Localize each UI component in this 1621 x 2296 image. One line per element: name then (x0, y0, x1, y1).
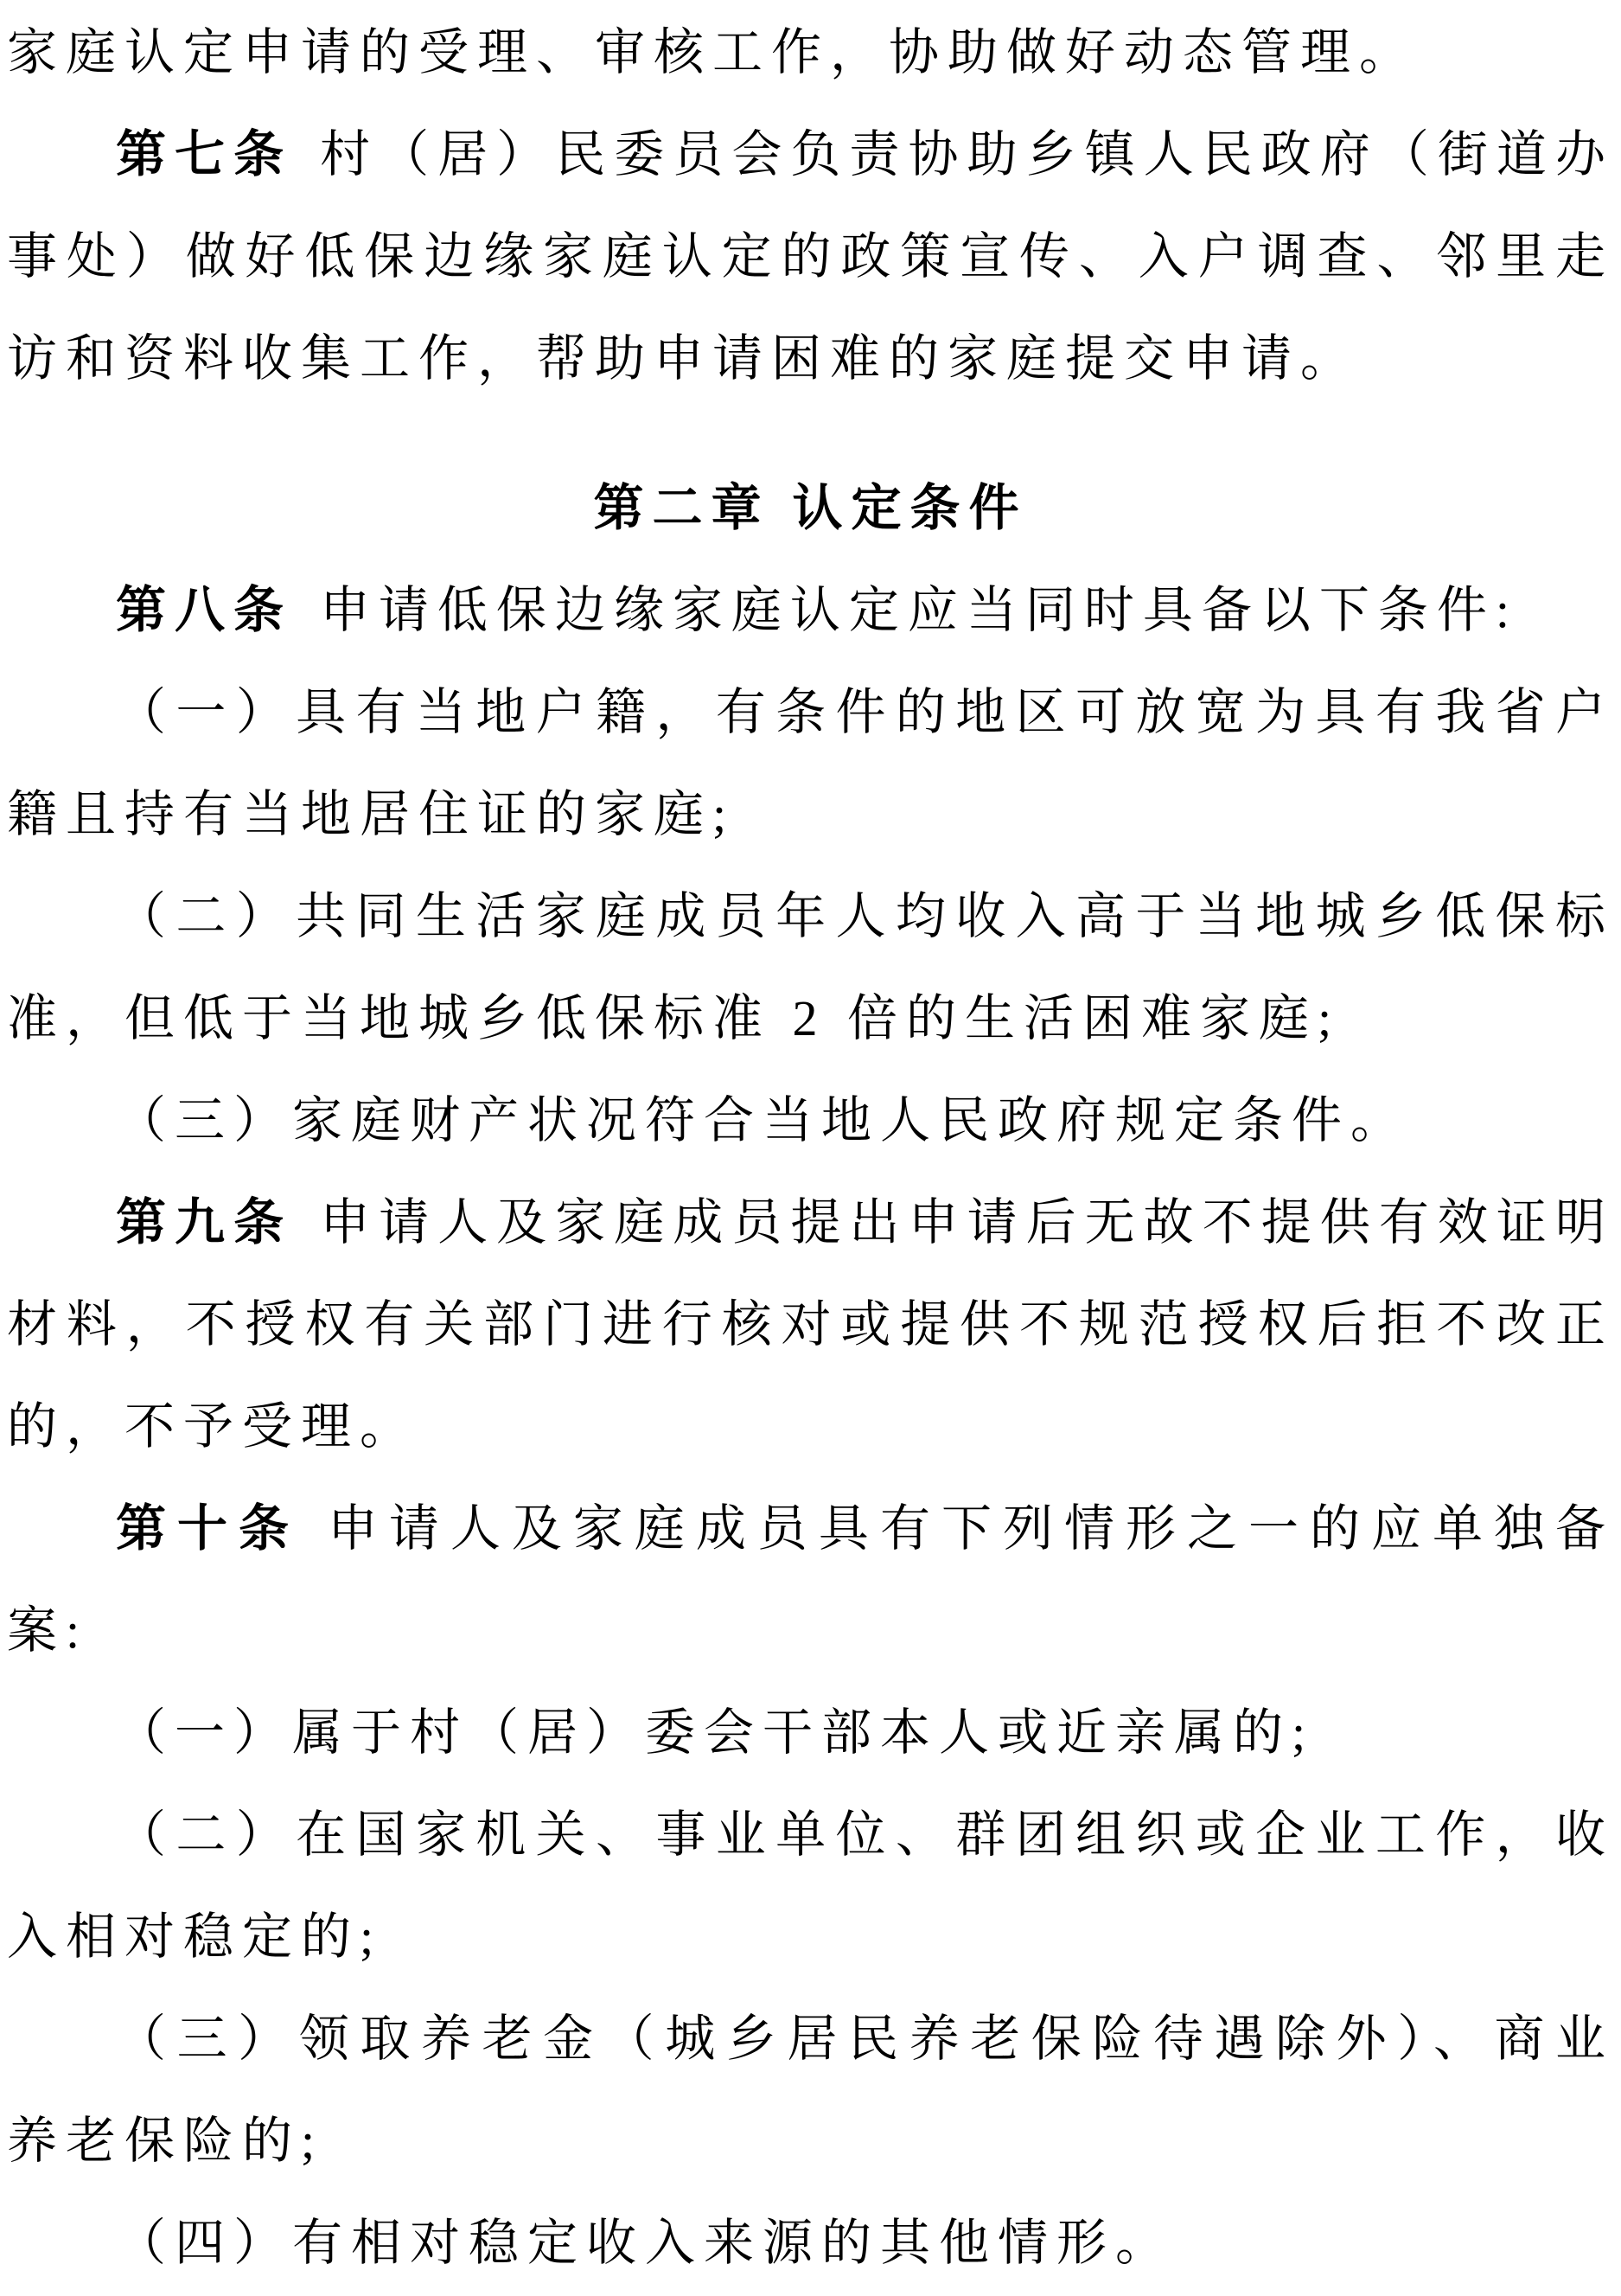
continuation-paragraph: 家庭认定申请的受理、审核工作，协助做好动态管理。 (7, 2, 1614, 104)
article-paragraph: 第九条申请人及家庭成员提出申请后无故不提供有效证明材料，不授权有关部门进行核对或… (7, 1172, 1614, 1478)
list-item-paragraph: （一）属于村（居）委会干部本人或近亲属的; (7, 1682, 1614, 1784)
article-number: 第八条 (116, 582, 292, 638)
list-item-paragraph: （三）家庭财产状况符合当地人民政府规定条件。 (7, 1070, 1614, 1172)
article-paragraph: 第八条申请低保边缘家庭认定应当同时具备以下条件: (7, 560, 1614, 662)
article-number: 第九条 (116, 1194, 292, 1250)
list-item-paragraph: （一）具有当地户籍，有条件的地区可放宽为具有我省户籍且持有当地居住证的家庭; (7, 662, 1614, 866)
document-body: 家庭认定申请的受理、审核工作，协助做好动态管理。第七条村（居）民委员会负责协助乡… (7, 2, 1614, 2294)
list-item-paragraph: （四）有相对稳定收入来源的其他情形。 (7, 2192, 1614, 2294)
article-number: 第七条 (116, 126, 292, 182)
article-text: 申请低保边缘家庭认定应当同时具备以下条件: (320, 582, 1518, 638)
list-item-paragraph: （二）共同生活家庭成员年人均收入高于当地城乡低保标准，但低于当地城乡低保标准 2… (7, 866, 1614, 1070)
article-paragraph: 第七条村（居）民委员会负责协助乡镇人民政府（街道办事处）做好低保边缘家庭认定的政… (7, 104, 1614, 410)
article-number: 第十条 (116, 1500, 300, 1557)
document-page: 家庭认定申请的受理、审核工作，协助做好动态管理。第七条村（居）民委员会负责协助乡… (0, 0, 1621, 2296)
list-item-paragraph: （三）领取养老金（城乡居民养老保险待遇除外）、商业养老保险的; (7, 1988, 1614, 2192)
article-paragraph: 第十条申请人及家庭成员具有下列情形之一的应单独备案: (7, 1478, 1614, 1682)
list-item-paragraph: （二）在国家机关、事业单位、群团组织或企业工作，收入相对稳定的; (7, 1784, 1614, 1988)
chapter-heading: 第二章 认定条件 (7, 457, 1614, 560)
